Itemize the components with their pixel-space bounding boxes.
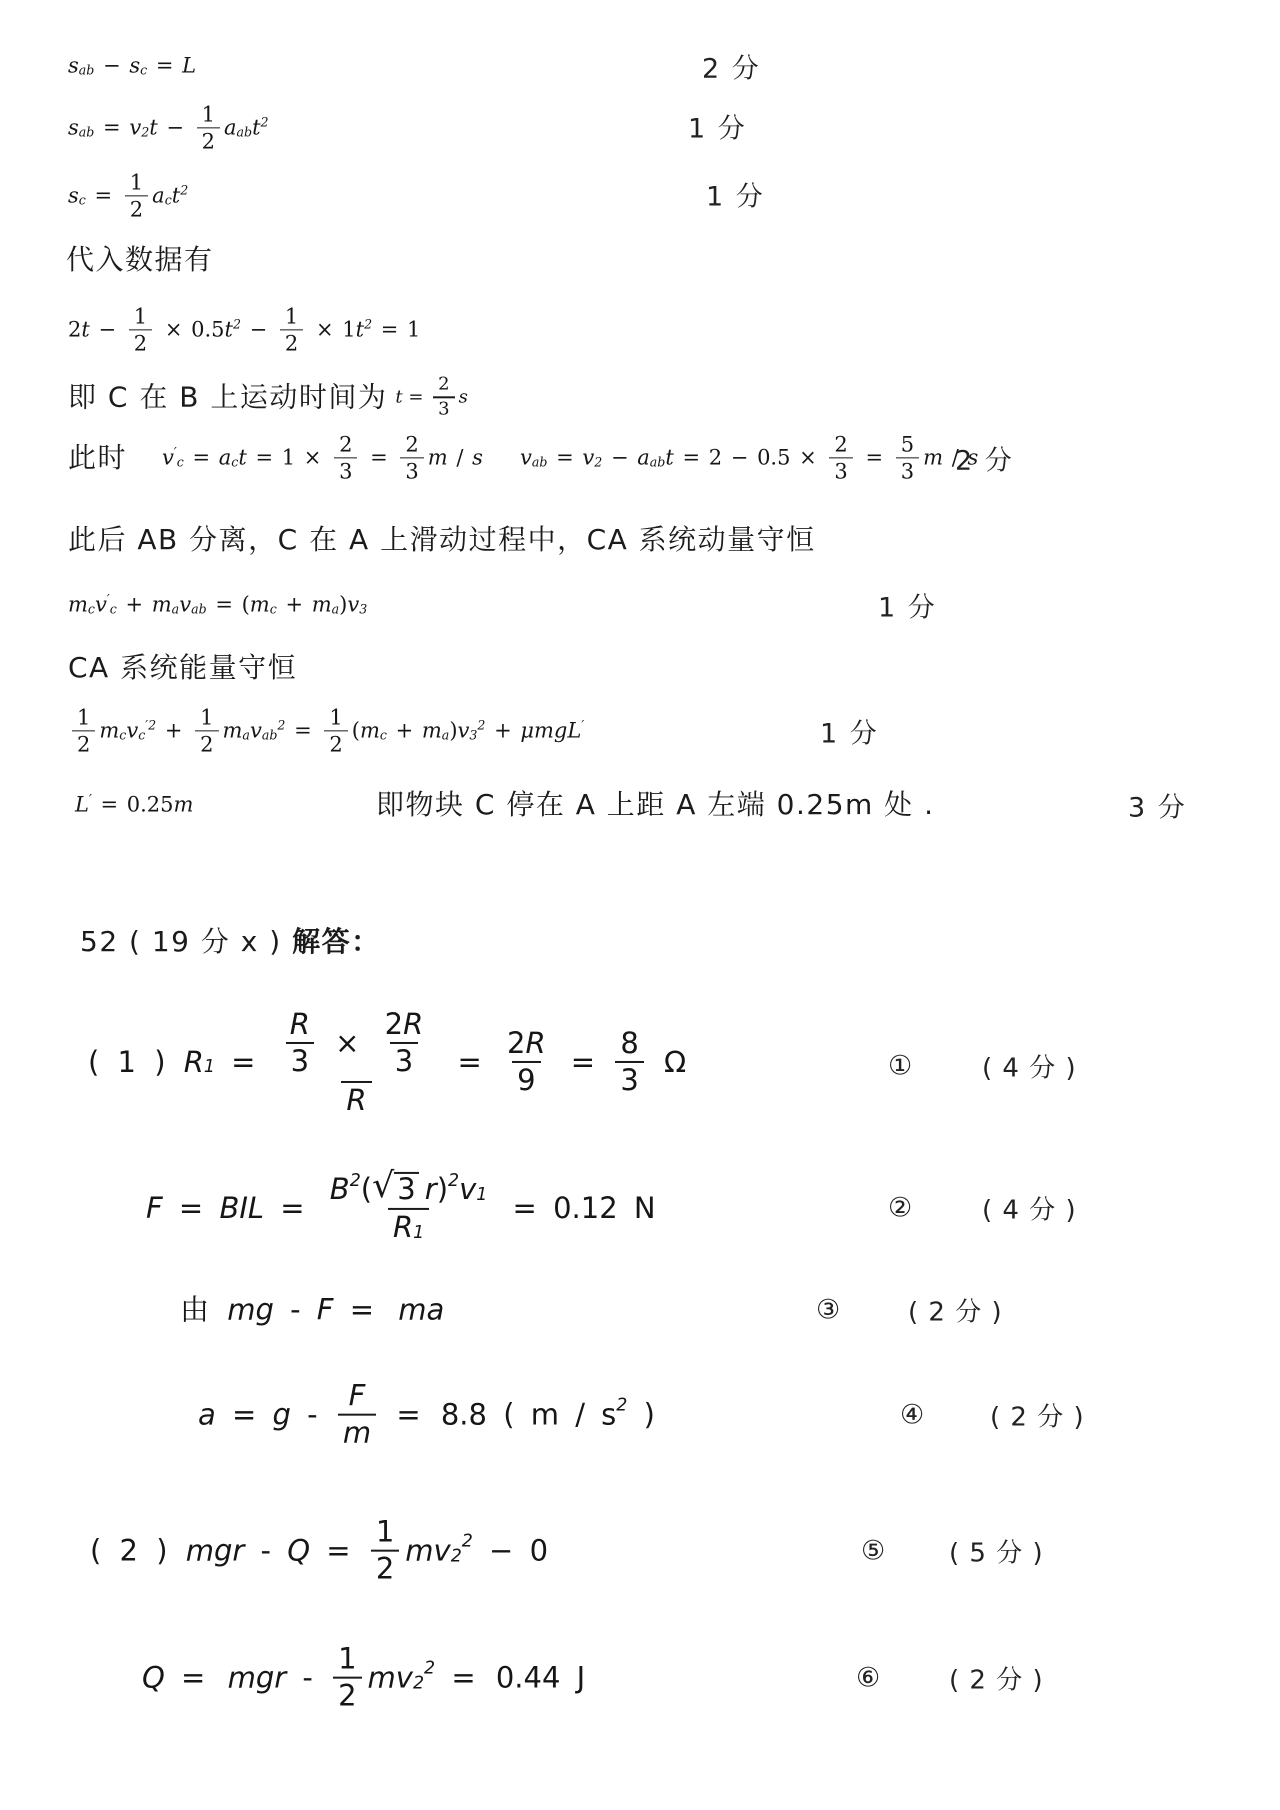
eq-sab: sab = v2t − 12aabt2 <box>68 101 269 154</box>
problem-52-answer-label: 解答： <box>292 925 381 959</box>
problem-52-number: 52 ( 19 分 x ) <box>80 925 292 959</box>
circled-6-mark: ⑥ <box>856 1663 880 1694</box>
eq-r1-parallel-resistance: ( 1 ) R1 = R3 × 2R3R = 2R9 = 83 Ω <box>88 1006 686 1118</box>
energy-conservation-heading: CA 系统能量守恒 <box>68 651 297 685</box>
eq-energy-conservation: 12mcvc′2 + 12mavab2 = 12(mc + ma)v32 + μ… <box>68 704 584 757</box>
circled-4-mark: ④ <box>900 1400 924 1431</box>
energy-conservation-text: CA 系统能量守恒 <box>68 651 297 685</box>
score-label: 2 分 <box>955 439 1014 478</box>
circled-1-mark: ① <box>888 1051 912 1082</box>
score-label: ( 4 分 ) <box>982 1190 1077 1227</box>
eq-energy-heat: ( 2 ) mgr - Q = 12mv22 − 0 <box>90 1515 548 1588</box>
score-label: 2 分 <box>702 47 761 86</box>
circled-5-mark: ⑤ <box>861 1536 885 1567</box>
eq-newton-second-law: 由 mg - F = ma <box>180 1293 444 1328</box>
score-label: 3 分 <box>1128 786 1187 825</box>
score-label: 1 分 <box>820 712 879 751</box>
time-on-b-text: 即 C 在 B 上运动时间为 <box>68 380 387 414</box>
circled-2-mark: ② <box>888 1193 912 1224</box>
result-statement-text: 即物块 C 停在 A 上距 A 左端 0.25m 处 . <box>376 788 934 822</box>
score-label: 1 分 <box>878 586 937 625</box>
substitute-data-text: 代入数据有 <box>66 243 214 277</box>
score-label: ( 2 分 ) <box>990 1397 1085 1434</box>
circled-3-mark: ③ <box>816 1295 840 1326</box>
time-on-b-line: 即 C 在 B 上运动时间为 t = 23s <box>68 373 468 420</box>
eq-final-distance: L′ = 0.25m <box>75 792 193 817</box>
eq-numeric-substitution: 2t − 12 × 0.5t2 − 12 × 1t2 = 1 <box>68 303 420 356</box>
eq-sc: sc = 12act2 <box>68 169 188 222</box>
eq-momentum-conservation: mcv′c + mavab = (mc + ma)v3 <box>68 592 367 617</box>
eq-displacement-relation: sab − sc = L <box>68 53 196 78</box>
eq-heat-value: Q = mgr - 12mv22 = 0.44 J <box>142 1642 585 1715</box>
eq-vab-value: vab = v2 − aabt = 2 − 0.5 × 23 = 53m / s <box>520 431 978 484</box>
solution-document-page: sab − sc = L 2 分 sab = v2t − 12aabt2 1 分… <box>0 0 1280 1810</box>
score-label: 1 分 <box>688 107 747 146</box>
eq-time-value: t = 23s <box>395 373 467 420</box>
cishi-text: 此时 <box>68 441 127 475</box>
separation-statement-line: 此后 AB 分离，C 在 A 上滑动过程中，CA 系统动量守恒 <box>68 523 816 557</box>
cishi-label-line: 此时 <box>68 441 127 475</box>
result-statement-line: 即物块 C 停在 A 上距 A 左端 0.25m 处 . <box>376 788 934 822</box>
separation-statement-text: 此后 AB 分离，C 在 A 上滑动过程中，CA 系统动量守恒 <box>68 523 816 557</box>
substitute-data-heading: 代入数据有 <box>66 243 214 277</box>
eq-vc-value: v′c = act = 1 × 23 = 23m / s <box>162 431 483 484</box>
score-label: ( 4 分 ) <box>982 1048 1077 1085</box>
score-label: ( 5 分 ) <box>949 1533 1044 1570</box>
eq-acceleration: a = g - Fm = 8.8 ( m / s2 ) <box>198 1379 655 1452</box>
score-label: 1 分 <box>706 175 765 214</box>
eq-magnetic-force: F = BIL = B2(√3r)2v1R1 = 0.12 N <box>146 1171 656 1245</box>
score-label: ( 2 分 ) <box>949 1660 1044 1697</box>
score-label: ( 2 分 ) <box>908 1292 1003 1329</box>
problem-52-heading: 52 ( 19 分 x ) 解答： <box>80 925 381 959</box>
